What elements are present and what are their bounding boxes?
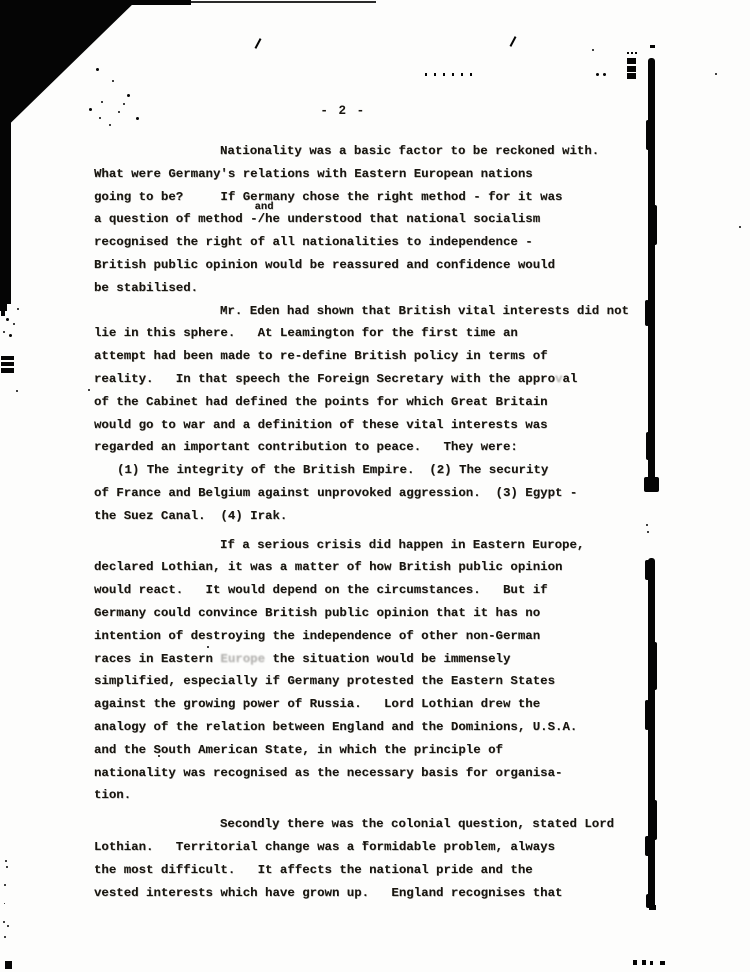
scan-speck bbox=[207, 646, 209, 648]
text-run: Nationality was a basic factor to be rec… bbox=[220, 144, 599, 158]
scan-streak-artifact bbox=[650, 45, 655, 48]
document-line: would react. It would depend on the circ… bbox=[94, 579, 714, 602]
document-line: (1) The integrity of the British Empire.… bbox=[94, 459, 714, 482]
scan-speck bbox=[596, 73, 599, 76]
pen-tick-artifact bbox=[510, 36, 517, 47]
document-line: If a serious crisis did happen in Easter… bbox=[94, 534, 714, 557]
text-run: /he understood that national socialism bbox=[258, 212, 541, 226]
scan-streak-artifact bbox=[653, 642, 657, 690]
scan-speck bbox=[363, 841, 365, 843]
document-line: declared Lothian, it was a matter of how… bbox=[94, 556, 714, 579]
scan-speck bbox=[109, 124, 111, 126]
text-run: against the growing power of Russia. Lor… bbox=[94, 697, 540, 711]
scan-streak-artifact bbox=[646, 894, 652, 908]
document-text: Nationality was a basic factor to be rec… bbox=[94, 140, 714, 904]
text-run: would go to war and a definition of thes… bbox=[94, 418, 548, 432]
scan-speck bbox=[101, 101, 103, 103]
text-run: (1) The integrity of the British Empire.… bbox=[117, 463, 548, 477]
scan-speck bbox=[16, 390, 18, 392]
scan-streak-artifact bbox=[646, 120, 650, 150]
left-edge-strip-artifact bbox=[0, 304, 7, 311]
text-run: If a serious crisis did happen in Easter… bbox=[220, 538, 584, 552]
scan-speck bbox=[88, 389, 90, 391]
stamp-smudge-artifact bbox=[1, 356, 14, 373]
scan-speck bbox=[99, 117, 101, 119]
document-line: lie in this sphere. At Leamington for th… bbox=[94, 322, 714, 345]
scan-streak-artifact bbox=[645, 836, 650, 856]
scan-speck bbox=[4, 936, 6, 938]
text-run: al bbox=[562, 372, 577, 386]
top-edge-bar-artifact bbox=[95, 0, 191, 5]
pen-tick-artifact bbox=[255, 38, 262, 49]
scan-streak-artifact bbox=[645, 700, 649, 730]
document-line: of France and Belgium against unprovoked… bbox=[94, 482, 714, 505]
left-edge-strip-artifact bbox=[1, 311, 5, 316]
scan-speck bbox=[3, 921, 5, 923]
document-line: attempt had been made to re-define Briti… bbox=[94, 345, 714, 368]
scan-speck bbox=[158, 755, 160, 757]
text-run: intention of destroying the independence… bbox=[94, 629, 540, 643]
scan-speck bbox=[127, 94, 130, 97]
ink-blot-artifact bbox=[627, 52, 637, 54]
document-line: regarded an important contribution to pe… bbox=[94, 436, 714, 459]
document-line: Mr. Eden had shown that British vital in… bbox=[94, 300, 714, 323]
scan-speck bbox=[6, 318, 9, 321]
text-run: reality. In that speech the Foreign Secr… bbox=[94, 372, 555, 386]
ink-blot-artifact bbox=[627, 58, 636, 79]
document-line: and the South American State, in which t… bbox=[94, 739, 714, 762]
document-line: Lothian. Territorial change was a formid… bbox=[94, 836, 714, 859]
scan-speck bbox=[4, 903, 5, 904]
scan-speck bbox=[7, 925, 9, 927]
text-run: would react. It would depend on the circ… bbox=[94, 583, 548, 597]
document-line: vested interests which have grown up. En… bbox=[94, 882, 714, 905]
scan-streak-artifact bbox=[646, 432, 650, 460]
bottom-dash-artifact bbox=[660, 961, 665, 965]
scan-speck bbox=[4, 884, 6, 886]
document-line: Secondly there was the colonial question… bbox=[94, 813, 714, 836]
scan-streak-artifact bbox=[645, 300, 649, 326]
scan-speck bbox=[6, 866, 8, 868]
text-run: of France and Belgium against unprovoked… bbox=[94, 486, 577, 500]
scan-speck bbox=[118, 111, 120, 113]
text-run: British public opinion would be reassure… bbox=[94, 258, 555, 272]
document-line: races in Eastern Europe the situation wo… bbox=[94, 648, 714, 671]
bottom-left-mark-artifact bbox=[5, 961, 12, 969]
scan-streak-artifact bbox=[653, 205, 657, 245]
text-run: races in Eastern bbox=[94, 652, 220, 666]
text-run: Germany could convince British public op… bbox=[94, 606, 540, 620]
faded-word: v bbox=[555, 372, 562, 386]
document-line: reality. In that speech the Foreign Secr… bbox=[94, 368, 714, 391]
text-run: of the Cabinet had defined the points fo… bbox=[94, 395, 548, 409]
document-line: the Suez Canal. (4) Irak. bbox=[94, 505, 714, 528]
text-run: Secondly there was the colonial question… bbox=[220, 817, 614, 831]
text-run: vested interests which have grown up. En… bbox=[94, 886, 562, 900]
scan-speck bbox=[647, 531, 649, 533]
scan-speck bbox=[13, 323, 15, 325]
corner-fold-artifact bbox=[0, 0, 137, 124]
text-run: simplified, especially if Germany protes… bbox=[94, 674, 555, 688]
document-line: nationality was recognised as the necess… bbox=[94, 762, 714, 785]
scan-speck bbox=[739, 226, 741, 228]
top-edge-line-artifact bbox=[191, 1, 376, 3]
text-run: the situation would be immensely bbox=[265, 652, 510, 666]
scan-speck bbox=[136, 117, 139, 120]
inserted-word-label: and bbox=[255, 196, 274, 219]
document-line: the most difficult. It affects the natio… bbox=[94, 859, 714, 882]
bottom-dash-artifact bbox=[633, 960, 637, 965]
document-line: simplified, especially if Germany protes… bbox=[94, 670, 714, 693]
text-run: the most difficult. It affects the natio… bbox=[94, 863, 533, 877]
text-run: recognised the right of all nationalitie… bbox=[94, 235, 533, 249]
scan-streak-artifact bbox=[645, 560, 650, 580]
scan-speck bbox=[3, 331, 5, 333]
document-line: recognised the right of all nationalitie… bbox=[94, 231, 714, 254]
document-line: Germany could convince British public op… bbox=[94, 602, 714, 625]
dotted-row-artifact bbox=[425, 73, 473, 76]
scan-speck bbox=[646, 524, 648, 526]
scan-speck bbox=[592, 49, 594, 51]
document-line: would go to war and a definition of thes… bbox=[94, 414, 714, 437]
document-line: a question of method -and/he understood … bbox=[94, 208, 714, 231]
page-number: - 2 - bbox=[297, 104, 389, 118]
text-run: going to be? If Germany chose the right … bbox=[94, 190, 562, 204]
text-run: regarded an important contribution to pe… bbox=[94, 440, 518, 454]
scan-streak-artifact bbox=[653, 800, 657, 840]
scan-speck bbox=[9, 334, 12, 337]
text-run: nationality was recognised as the necess… bbox=[94, 766, 562, 780]
text-run: analogy of the relation between England … bbox=[94, 720, 577, 734]
document-line: British public opinion would be reassure… bbox=[94, 254, 714, 277]
scan-speck bbox=[96, 68, 99, 71]
scan-speck bbox=[715, 73, 717, 75]
text-run: and the South American State, in which t… bbox=[94, 743, 503, 757]
document-line: What were Germany's relations with Easte… bbox=[94, 163, 714, 186]
text-run: lie in this sphere. At Leamington for th… bbox=[94, 326, 518, 340]
document-line: against the growing power of Russia. Lor… bbox=[94, 693, 714, 716]
scan-speck bbox=[5, 860, 7, 862]
scan-speck bbox=[89, 108, 92, 111]
document-line: intention of destroying the independence… bbox=[94, 625, 714, 648]
document-line: going to be? If Germany chose the right … bbox=[94, 186, 714, 209]
text-run: be stabilised. bbox=[94, 281, 198, 295]
bottom-dash-artifact bbox=[642, 960, 646, 965]
text-run: declared Lothian, it was a matter of how… bbox=[94, 560, 562, 574]
text-run: the Suez Canal. (4) Irak. bbox=[94, 509, 287, 523]
text-run: What were Germany's relations with Easte… bbox=[94, 167, 533, 181]
document-line: Nationality was a basic factor to be rec… bbox=[94, 140, 714, 163]
text-run: attempt had been made to re-define Briti… bbox=[94, 349, 548, 363]
text-run: a question of method - bbox=[94, 212, 258, 226]
scan-speck bbox=[603, 73, 606, 76]
left-edge-strip-artifact bbox=[0, 118, 11, 304]
scan-speck bbox=[17, 308, 19, 310]
text-run: tion. bbox=[94, 788, 131, 802]
scan-speck bbox=[123, 103, 125, 105]
document-line: be stabilised. bbox=[94, 277, 714, 300]
scanned-document-page: - 2 - Nationality was a basic factor to … bbox=[0, 0, 750, 972]
text-run: Mr. Eden had shown that British vital in… bbox=[220, 304, 629, 318]
document-line: analogy of the relation between England … bbox=[94, 716, 714, 739]
bottom-dash-artifact bbox=[650, 961, 653, 965]
scan-speck bbox=[112, 80, 114, 82]
scan-streak-blob-artifact bbox=[644, 477, 659, 492]
document-line: of the Cabinet had defined the points fo… bbox=[94, 391, 714, 414]
faded-word: Europe bbox=[220, 652, 265, 666]
document-line: tion. bbox=[94, 784, 714, 807]
text-run: Lothian. Territorial change was a formid… bbox=[94, 840, 555, 854]
